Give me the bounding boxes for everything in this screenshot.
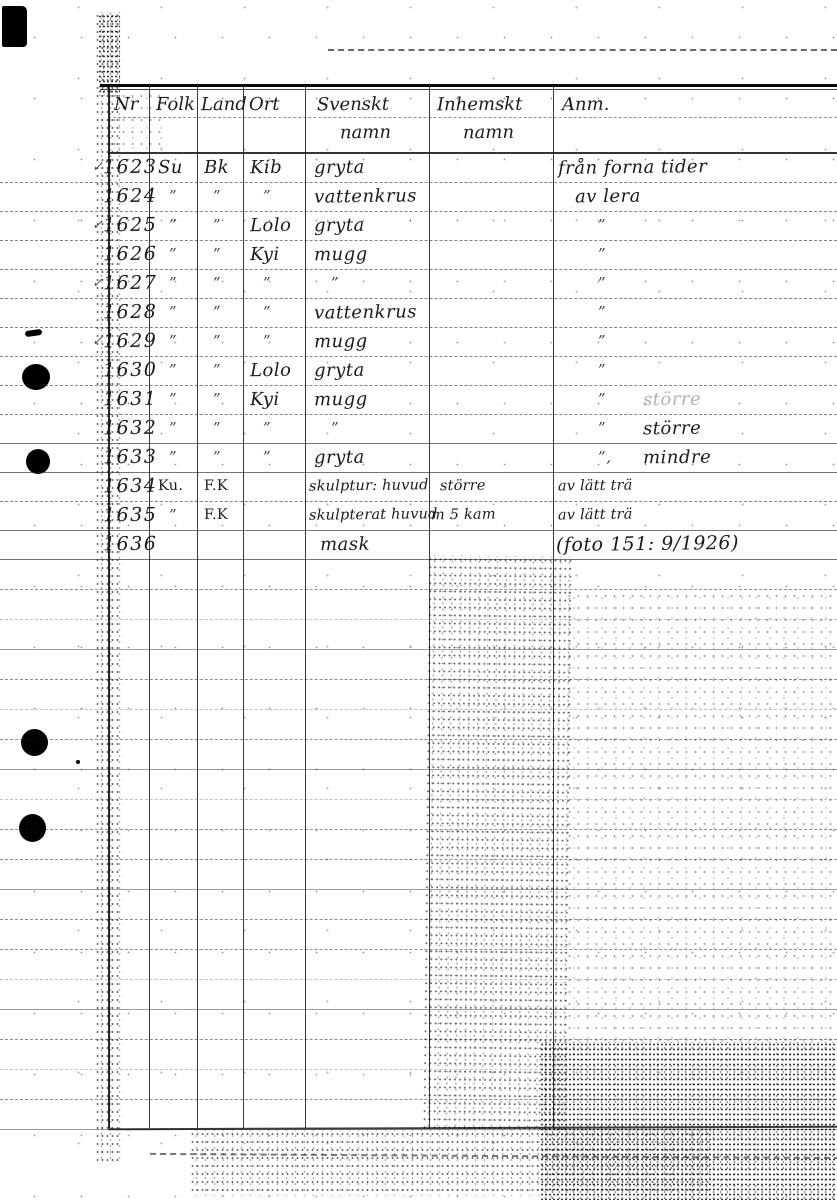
- empty-table-row: [0, 589, 837, 620]
- cell-nr: 1633: [103, 443, 158, 473]
- cell-svenskt-namn: gryta: [314, 443, 365, 473]
- cell-folk: ”: [169, 327, 178, 356]
- cell-svenskt-namn: gryta: [314, 153, 365, 183]
- cell-anm: från forna tider: [558, 152, 708, 183]
- cell-svenskt-namn: mugg: [314, 385, 368, 415]
- cell-folk: ”: [169, 182, 178, 211]
- cell-nr: 1628: [103, 298, 158, 328]
- cell-anm: av lätt trä: [558, 501, 633, 531]
- cell-anm: ”: [598, 385, 607, 414]
- cell-ort: ”: [263, 327, 272, 356]
- cell-folk: Ku.: [158, 472, 183, 501]
- cell-anm: ”: [598, 269, 607, 298]
- empty-table-row: [0, 679, 837, 710]
- cell-nr: 1629: [103, 327, 158, 357]
- col-header-folk: Folk: [156, 94, 195, 115]
- cell-ort: ”: [263, 298, 272, 327]
- empty-table-row: [0, 979, 837, 1010]
- cell-svenskt-namn: ”: [331, 414, 340, 443]
- top-dashed-line: [328, 49, 837, 51]
- col-header-inhemskt-namn: namn: [463, 122, 514, 143]
- empty-table-row: [0, 649, 837, 680]
- table-row: 1633 ” ” ” gryta ”, mindre: [0, 443, 837, 473]
- cell-anm-note: större: [643, 414, 702, 444]
- cell-anm: (foto 151: 9/1926): [556, 529, 739, 560]
- scan-noise-bottom-center: [190, 1130, 710, 1196]
- cell-folk: ”: [169, 269, 178, 298]
- col-header-anm: Anm.: [562, 94, 610, 115]
- cell-land: ”: [213, 240, 222, 269]
- check-mark: ✓: [92, 211, 104, 240]
- cell-inhemskt-namn: m 5 kam: [431, 501, 496, 531]
- scan-corner-blot: [2, 6, 27, 47]
- col-header-svenskt: Svenskt: [317, 94, 389, 116]
- cell-folk: ”: [169, 501, 178, 530]
- cell-ort: ”: [263, 182, 272, 211]
- table-top-rule-2: [100, 89, 837, 90]
- cell-svenskt-namn: mugg: [314, 240, 368, 270]
- table-row: 1624 ” ” ” vattenkrus av lera: [0, 182, 837, 212]
- empty-table-row: [0, 1069, 837, 1100]
- cell-nr: 1626: [103, 240, 158, 270]
- col-header-inhemskt: Inhemskt: [437, 94, 523, 116]
- cell-anm: ”: [598, 240, 607, 269]
- cell-nr: 1631: [103, 385, 158, 415]
- cell-svenskt-namn: vattenkrus: [314, 181, 417, 211]
- cell-svenskt-namn: gryta: [314, 211, 365, 241]
- cell-svenskt-namn: mugg: [314, 327, 368, 357]
- cell-ort: Lolo: [250, 211, 292, 241]
- cell-land: ”: [213, 182, 222, 211]
- empty-table-row: [0, 799, 837, 830]
- cell-nr: 1635: [103, 501, 158, 531]
- cell-land: Bk: [204, 153, 229, 182]
- cell-anm: ”,: [598, 443, 612, 472]
- empty-table-row: [0, 829, 837, 860]
- table-row: 1636 mask (foto 151: 9/1926): [0, 530, 837, 560]
- table-row: 1626 ” ” Kyi mugg ”: [0, 240, 837, 270]
- cell-land: F.K: [204, 472, 228, 501]
- cell-folk: ”: [169, 298, 178, 327]
- cell-ort: ”: [263, 414, 272, 443]
- table-row: 1630 ” ” Lolo gryta ”: [0, 356, 837, 386]
- cell-anm: av lätt trä: [558, 472, 633, 502]
- cell-land: ”: [213, 385, 222, 414]
- cell-svenskt-namn: skulpterat huvud: [309, 500, 438, 531]
- cell-folk: ”: [169, 414, 178, 443]
- cell-folk: ”: [169, 443, 178, 472]
- table-row: 1632 ” ” ” ” ” större: [0, 414, 837, 444]
- col-header-land: Land: [201, 94, 247, 115]
- cell-nr: 1623: [103, 153, 158, 183]
- empty-table-row: [0, 889, 837, 920]
- table-row: 1628 ” ” ” vattenkrus ”: [0, 298, 837, 328]
- cell-nr: 1624: [103, 182, 158, 212]
- cell-nr: 1627: [103, 269, 158, 299]
- cell-nr: 1634: [103, 472, 158, 502]
- check-mark: ✓: [92, 269, 104, 298]
- empty-table-row: [0, 919, 837, 950]
- cell-folk: ”: [169, 356, 178, 385]
- table-row: 1635 ” F.K skulpterat huvud m 5 kam av l…: [0, 501, 837, 531]
- cell-anm: ”: [598, 211, 607, 240]
- empty-table-row: [0, 769, 837, 800]
- table-row: 1634 Ku. F.K skulptur: huvud större av l…: [0, 472, 837, 502]
- cell-land: ”: [213, 443, 222, 472]
- bottom-dashed-line: [150, 1153, 837, 1159]
- cell-anm: av lera: [575, 182, 641, 212]
- empty-table-row: [0, 709, 837, 740]
- cell-land: ”: [213, 414, 222, 443]
- cell-folk: Su: [158, 153, 183, 182]
- cell-nr: 1630: [103, 356, 158, 386]
- col-header-ort: Ort: [249, 94, 280, 115]
- cell-land: ”: [213, 211, 222, 240]
- check-mark: ✓: [92, 327, 104, 356]
- cell-land: F.K: [204, 501, 228, 530]
- empty-table-row: [0, 739, 837, 770]
- cell-nr: 1636: [103, 530, 158, 560]
- empty-table-row: [0, 1039, 837, 1070]
- header-dashed-underline: [108, 117, 837, 118]
- cell-anm: ”: [598, 298, 607, 327]
- cell-anm: ”: [598, 356, 607, 385]
- cell-svenskt-namn: skulptur: huvud: [309, 471, 429, 501]
- cell-land: ”: [213, 269, 222, 298]
- cell-svenskt-namn: gryta: [314, 356, 365, 386]
- table-row: ✓ 1627 ” ” ” ” ”: [0, 269, 837, 299]
- cell-folk: ”: [169, 211, 178, 240]
- table-top-rule: [100, 84, 837, 87]
- cell-svenskt-namn: vattenkrus: [314, 297, 417, 327]
- cell-svenskt-namn: ”: [331, 269, 340, 298]
- table-row: ✓ 1629 ” ” ” mugg ”: [0, 327, 837, 357]
- cell-svenskt-namn: mask: [320, 530, 370, 560]
- empty-table-row: [0, 949, 837, 980]
- empty-table-row: [0, 1009, 837, 1040]
- table-row: ✓ 1623 Su Bk Kib gryta från forna tider: [0, 153, 837, 183]
- empty-table-row: [0, 619, 837, 650]
- check-mark: ✓: [92, 153, 104, 182]
- table-row: 1631 ” ” Kyi mugg ” större: [0, 385, 837, 415]
- cell-land: ”: [213, 298, 222, 327]
- cell-folk: ”: [169, 240, 178, 269]
- cell-land: ”: [213, 327, 222, 356]
- cell-nr: 1632: [103, 414, 158, 444]
- scanned-ledger-page: Nr Folk Land Ort Svenskt namn Inhemskt n…: [0, 0, 837, 1200]
- cell-anm-note: större: [643, 385, 702, 415]
- cell-anm: ”: [598, 414, 607, 443]
- empty-table-row: [0, 859, 837, 890]
- table-row: ✓ 1625 ” ” Lolo gryta ”: [0, 211, 837, 241]
- cell-anm: ”: [598, 327, 607, 356]
- cell-ort: Kyi: [250, 240, 280, 269]
- col-header-nr: Nr: [114, 94, 139, 115]
- empty-table-row: [0, 1099, 837, 1130]
- cell-folk: ”: [169, 385, 178, 414]
- col-header-svenskt-namn: namn: [340, 122, 391, 143]
- scan-noise-left-top: [98, 14, 120, 96]
- cell-inhemskt-namn: större: [440, 472, 486, 502]
- cell-ort: Kyi: [250, 385, 280, 414]
- cell-nr: 1625: [103, 211, 158, 241]
- cell-land: ”: [213, 356, 222, 385]
- cell-ort: ”: [263, 443, 272, 472]
- cell-ort: Kib: [250, 153, 283, 182]
- cell-anm-note: mindre: [643, 443, 712, 473]
- cell-ort: Lolo: [250, 356, 292, 386]
- empty-table-row: [0, 559, 837, 590]
- cell-ort: ”: [263, 269, 272, 298]
